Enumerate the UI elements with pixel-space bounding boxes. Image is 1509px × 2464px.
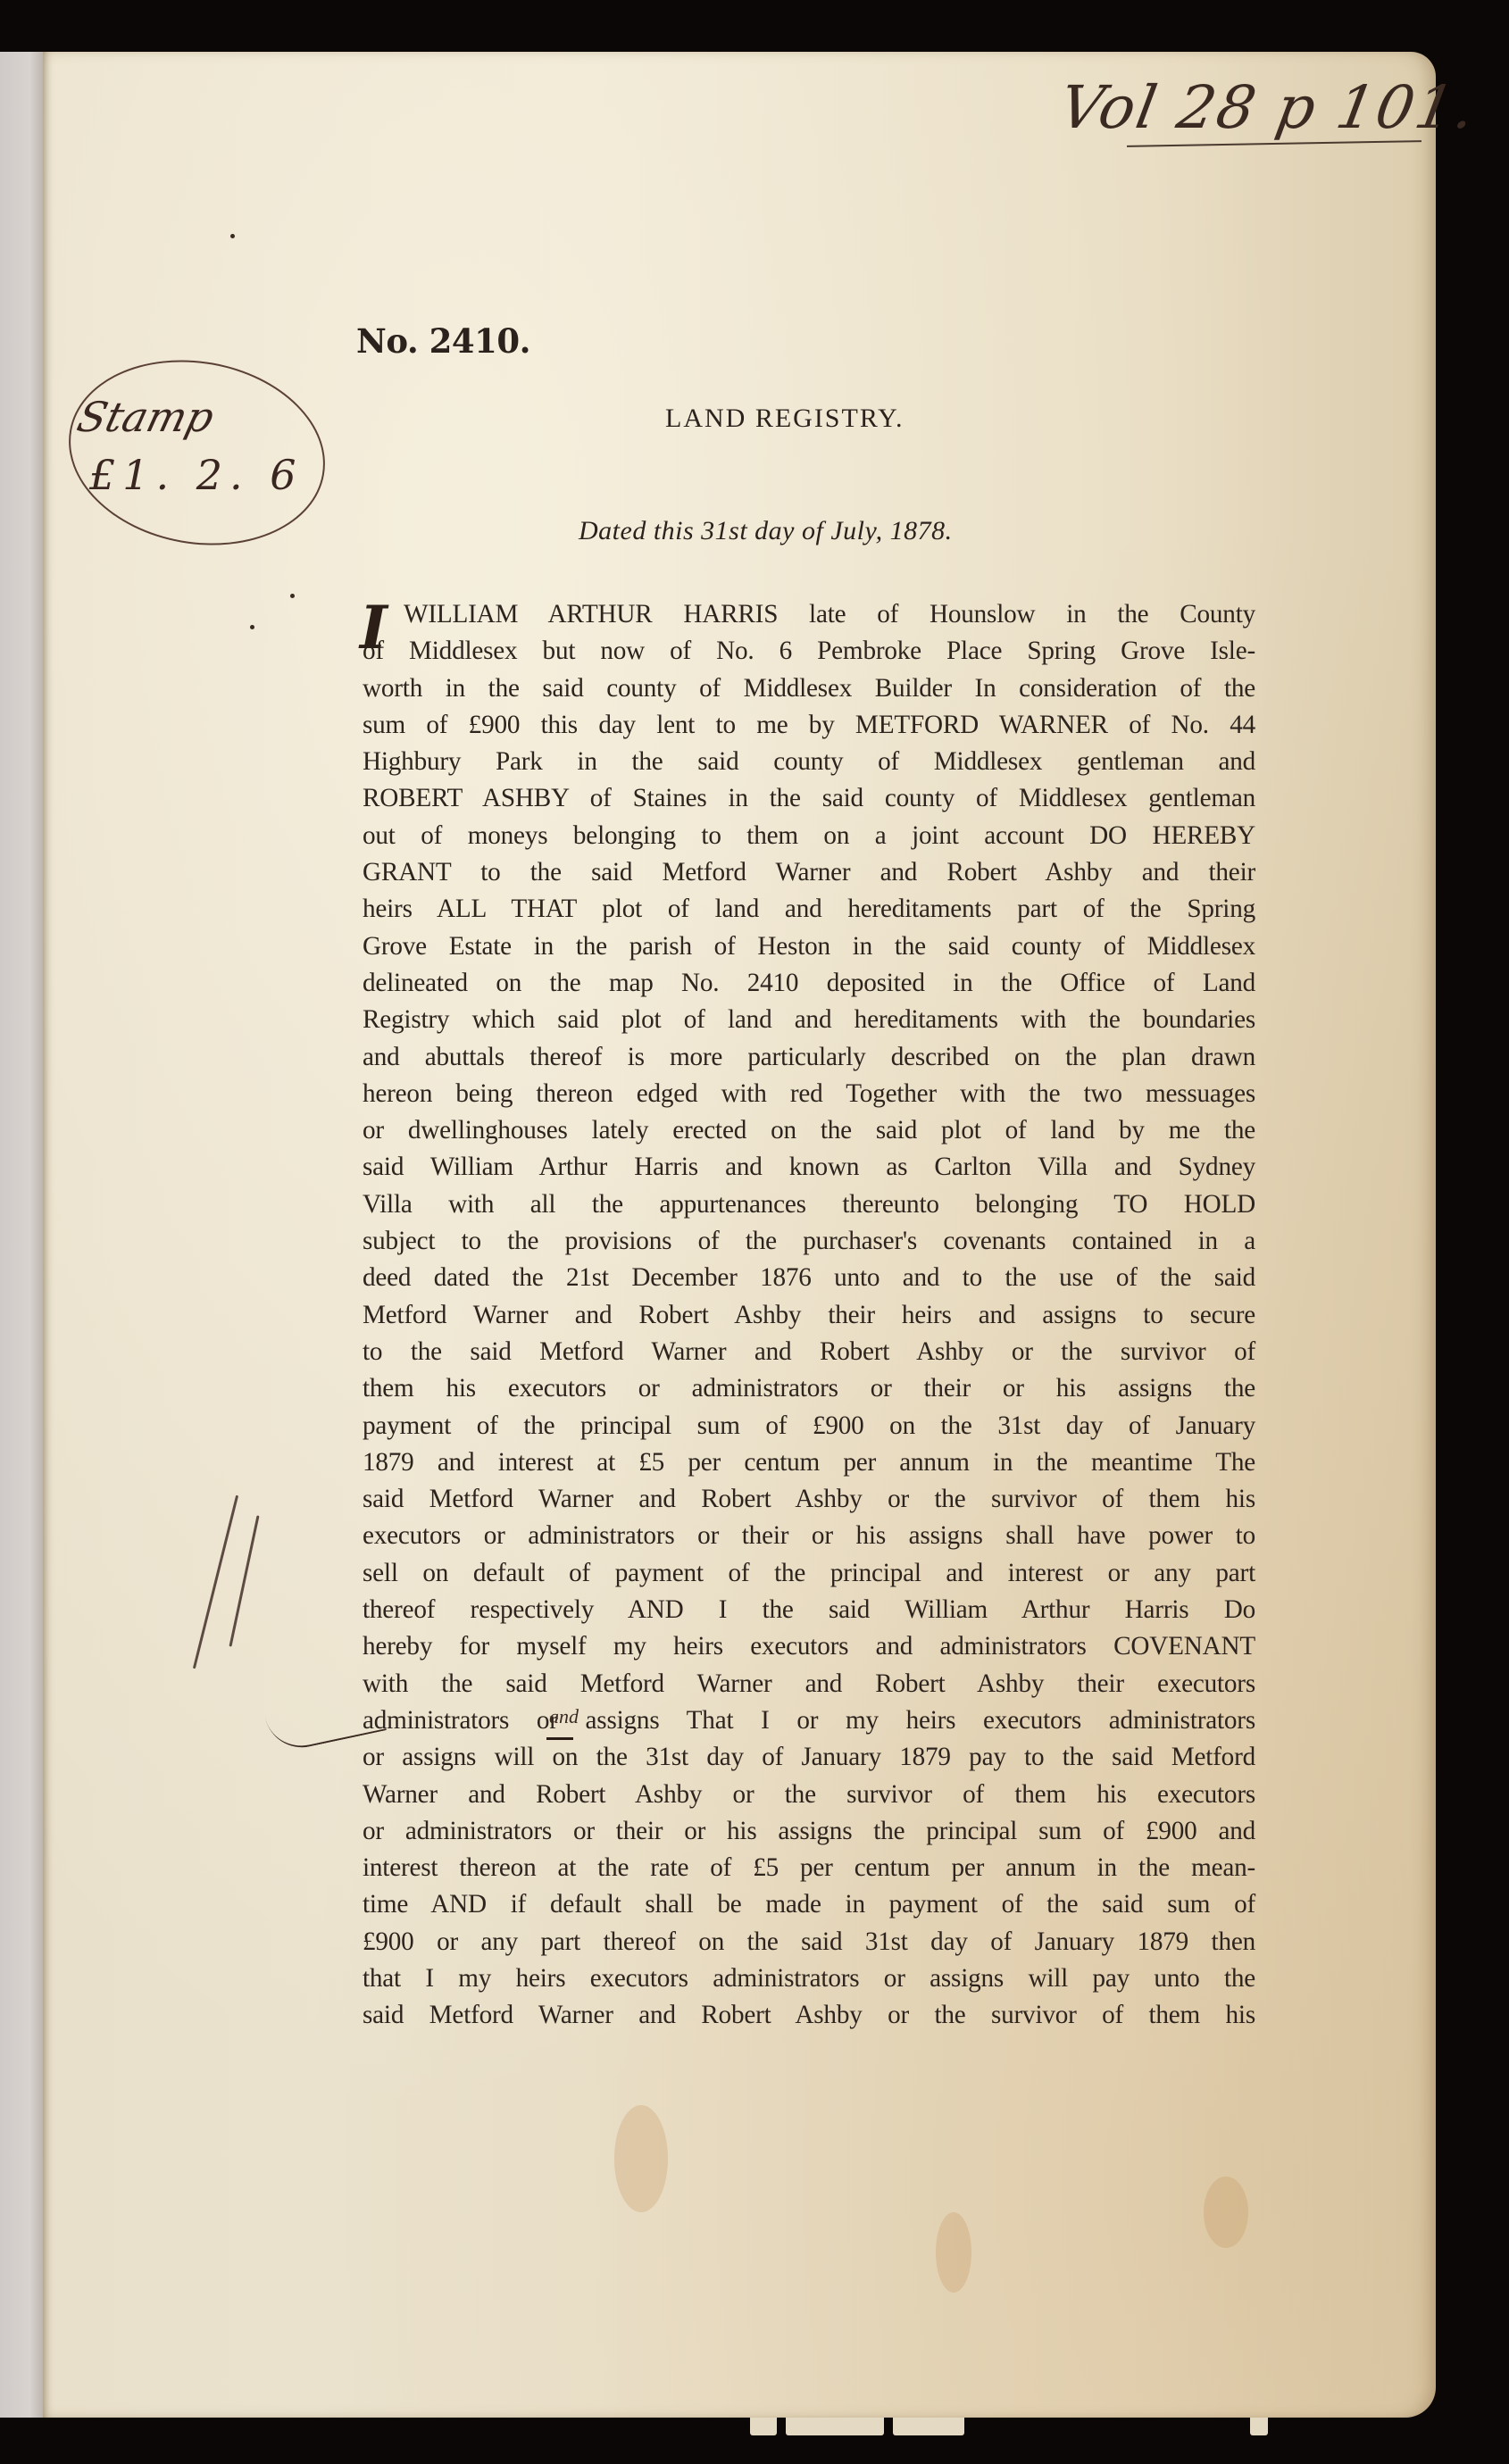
ink-speck: [290, 594, 295, 598]
foxing-stain: [1204, 2177, 1248, 2248]
deed-line: administrators or assigns That I or my h…: [363, 1702, 1255, 1739]
ink-speck: [230, 234, 235, 238]
deed-line: hereby for myself my heirs executors and…: [363, 1628, 1255, 1665]
ink-speck: [250, 625, 254, 629]
deed-line: said William Arthur Harris and known as …: [363, 1149, 1255, 1186]
deed-line: or assigns will on the 31st day of Janua…: [363, 1739, 1255, 1776]
deed-line: sell on default of payment of the princi…: [363, 1555, 1255, 1592]
deed-line: executors or administrators or their or …: [363, 1518, 1255, 1554]
deed-line: hereon being thereon edged with red Toge…: [363, 1076, 1255, 1112]
foxing-stain: [936, 2212, 971, 2293]
deed-line: interest thereon at the rate of £5 per c…: [363, 1850, 1255, 1886]
adjacent-page-edge: [0, 52, 43, 2418]
struck-out-word: [546, 1737, 573, 1740]
deed-line: said Metford Warner and Robert Ashby or …: [363, 1997, 1255, 2034]
deed-line: payment of the principal sum of £900 on …: [363, 1408, 1255, 1444]
deed-line: them his executors or administrators or …: [363, 1370, 1255, 1407]
page-edge-tabs: [750, 2418, 1339, 2437]
document-number: No. 2410.: [356, 321, 530, 361]
archive-volume-note: Vol 28 p 101.: [1055, 73, 1481, 142]
deed-body: WILLIAM ARTHUR HARRIS late of Hounslow i…: [363, 596, 1255, 2035]
deed-line: or dwellinghouses lately erected on the …: [363, 1112, 1255, 1149]
deed-line: that I my heirs executors administrators…: [363, 1960, 1255, 1997]
deed-line: Highbury Park in the said county of Midd…: [363, 744, 1255, 780]
deed-line: thereof respectively AND I the said Will…: [363, 1592, 1255, 1628]
deed-line: or administrators or their or his assign…: [363, 1813, 1255, 1850]
deed-line: Villa with all the appurtenances thereun…: [363, 1186, 1255, 1223]
deed-line: with the said Metford Warner and Robert …: [363, 1666, 1255, 1702]
deed-line: ROBERT ASHBY of Staines in the said coun…: [363, 780, 1255, 817]
handwritten-correction: and: [549, 1705, 579, 1728]
deed-line: subject to the provisions of the purchas…: [363, 1223, 1255, 1260]
deed-line: £900 or any part thereof on the said 31s…: [363, 1924, 1255, 1960]
foxing-stain: [614, 2105, 668, 2212]
stamp-amount: £1. 2. 6: [89, 451, 304, 499]
deed-line: 1879 and interest at £5 per centum per a…: [363, 1444, 1255, 1481]
deed-line: delineated on the map No. 2410 deposited…: [363, 965, 1255, 1002]
deed-line: Metford Warner and Robert Ashby their he…: [363, 1297, 1255, 1334]
deed-line: to the said Metford Warner and Robert As…: [363, 1334, 1255, 1370]
deed-line: GRANT to the said Metford Warner and Rob…: [363, 854, 1255, 891]
deed-line: deed dated the 21st December 1876 unto a…: [363, 1260, 1255, 1296]
deed-line: said Metford Warner and Robert Ashby or …: [363, 1481, 1255, 1518]
deed-line: Warner and Robert Ashby or the survivor …: [363, 1777, 1255, 1813]
deed-line: Grove Estate in the parish of Heston in …: [363, 928, 1255, 965]
deed-line: and abuttals thereof is more particularl…: [363, 1039, 1255, 1076]
document-heading: LAND REGISTRY.: [665, 404, 904, 434]
deed-line: worth in the said county of Middlesex Bu…: [363, 670, 1255, 707]
deed-line: of Middlesex but now of No. 6 Pembroke P…: [363, 633, 1255, 670]
document-date: Dated this 31st day of July, 1878.: [579, 516, 953, 546]
stamp-label: Stamp: [72, 393, 219, 441]
deed-line: sum of £900 this day lent to me by METFO…: [363, 707, 1255, 744]
deed-line: Registry which said plot of land and her…: [363, 1002, 1255, 1038]
deed-line: out of moneys belonging to them on a joi…: [363, 818, 1255, 854]
deed-line: time AND if default shall be made in pay…: [363, 1886, 1255, 1923]
deed-line: heirs ALL THAT plot of land and heredita…: [363, 891, 1255, 928]
deed-line: WILLIAM ARTHUR HARRIS late of Hounslow i…: [363, 596, 1255, 633]
